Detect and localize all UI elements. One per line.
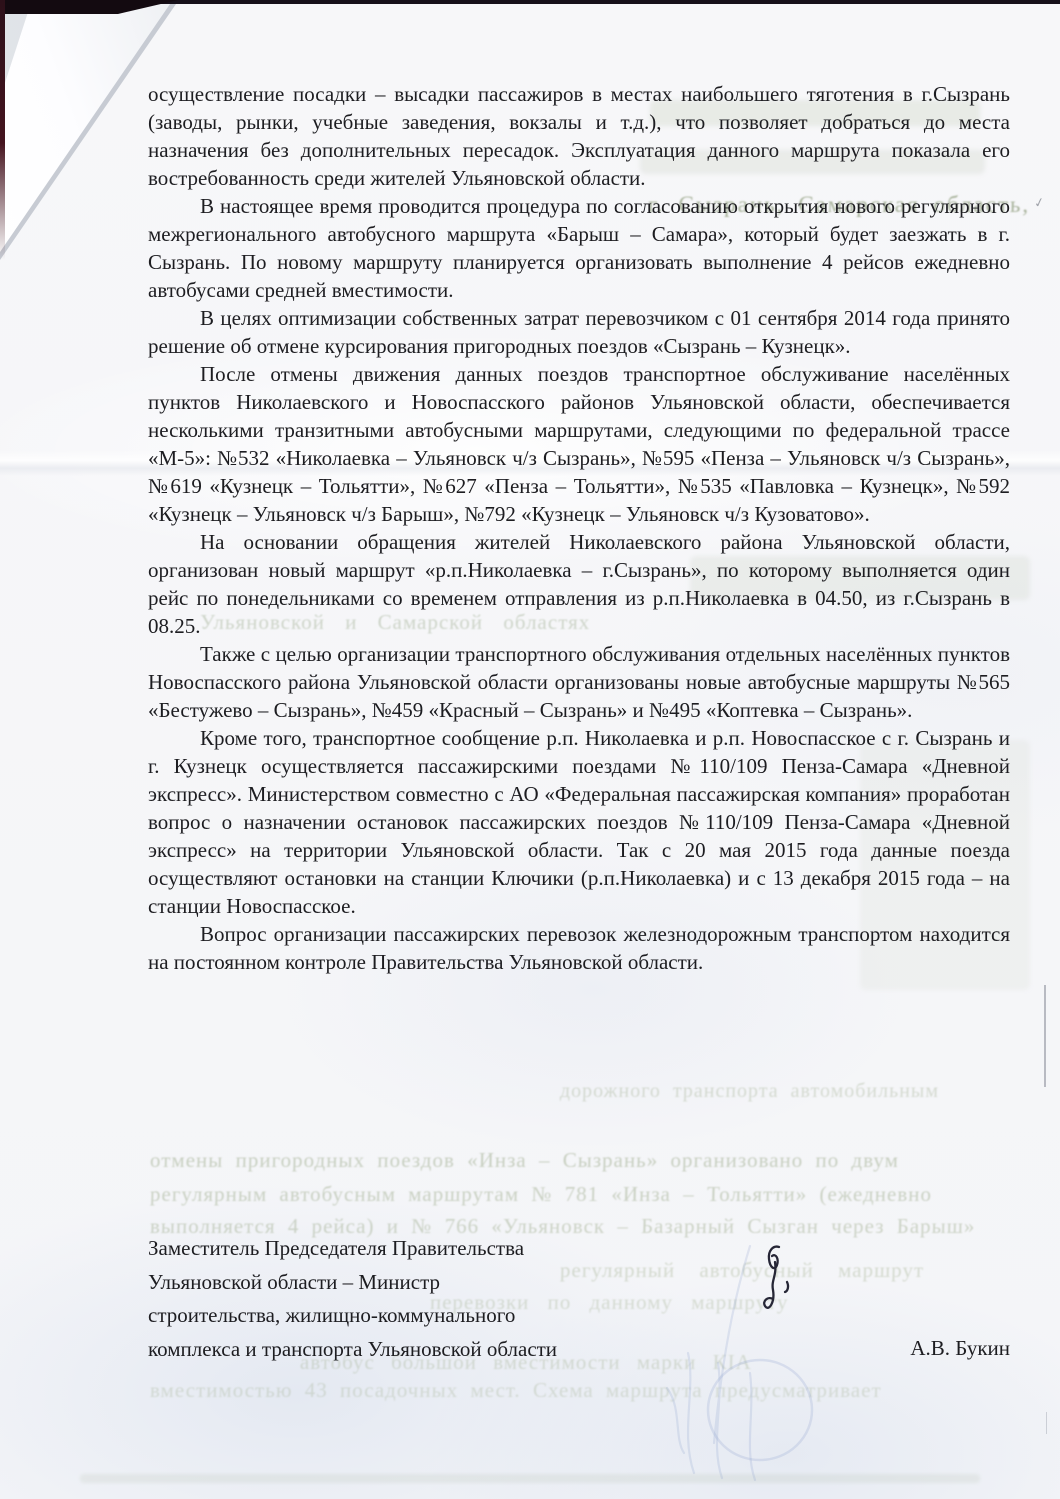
letter-body: осуществление посадки – высадки пассажир… bbox=[148, 80, 1010, 976]
body-paragraph: На основании обращения жителей Николаевс… bbox=[148, 528, 1010, 640]
signer-position-line: строительства, жилищно-коммунального bbox=[148, 1299, 557, 1333]
body-paragraph: Также с целью организации транспортного … bbox=[148, 640, 1010, 724]
body-paragraph: В целях оптимизации собственных затрат п… bbox=[148, 304, 1010, 360]
bleedthrough-text: дорожного транспорта автомобильным bbox=[560, 1080, 940, 1103]
page-edge-mark bbox=[1046, 1412, 1047, 1434]
bleedthrough-text: отмены пригородных поездов «Инза – Сызра… bbox=[150, 1148, 900, 1173]
body-paragraph: После отмены движения данных поездов тра… bbox=[148, 360, 1010, 528]
body-paragraph: осуществление посадки – высадки пассажир… bbox=[148, 80, 1010, 192]
body-paragraph: В настоящее время проводится процедура п… bbox=[148, 192, 1010, 304]
body-paragraph: Вопрос организации пассажирских перевозо… bbox=[148, 920, 1010, 976]
body-paragraph: Кроме того, транспортное сообщение р.п. … bbox=[148, 724, 1010, 920]
signer-position-line: комплекса и транспорта Ульяновской облас… bbox=[148, 1333, 557, 1367]
signer-position-line: Заместитель Председателя Правительства bbox=[148, 1232, 557, 1266]
scan-left-edge bbox=[0, 0, 5, 260]
signer-position: Заместитель Председателя Правительства У… bbox=[148, 1232, 557, 1366]
bleedthrough-text: регулярным автобусным маршрутам № 781 «И… bbox=[150, 1182, 933, 1207]
scanned-letter-page: ✓ г. Сызрань, Самарская область, Ульянов… bbox=[0, 0, 1060, 1499]
pen-tick-mark: ✓ bbox=[1033, 195, 1047, 212]
signature-block: Заместитель Председателя Правительства У… bbox=[148, 1232, 1010, 1366]
handwritten-signature bbox=[742, 1242, 806, 1338]
page-edge-line bbox=[1044, 985, 1046, 1087]
signer-position-line: Ульяновской области – Министр bbox=[148, 1266, 557, 1300]
signer-name: А.В. Букин bbox=[910, 1332, 1010, 1367]
